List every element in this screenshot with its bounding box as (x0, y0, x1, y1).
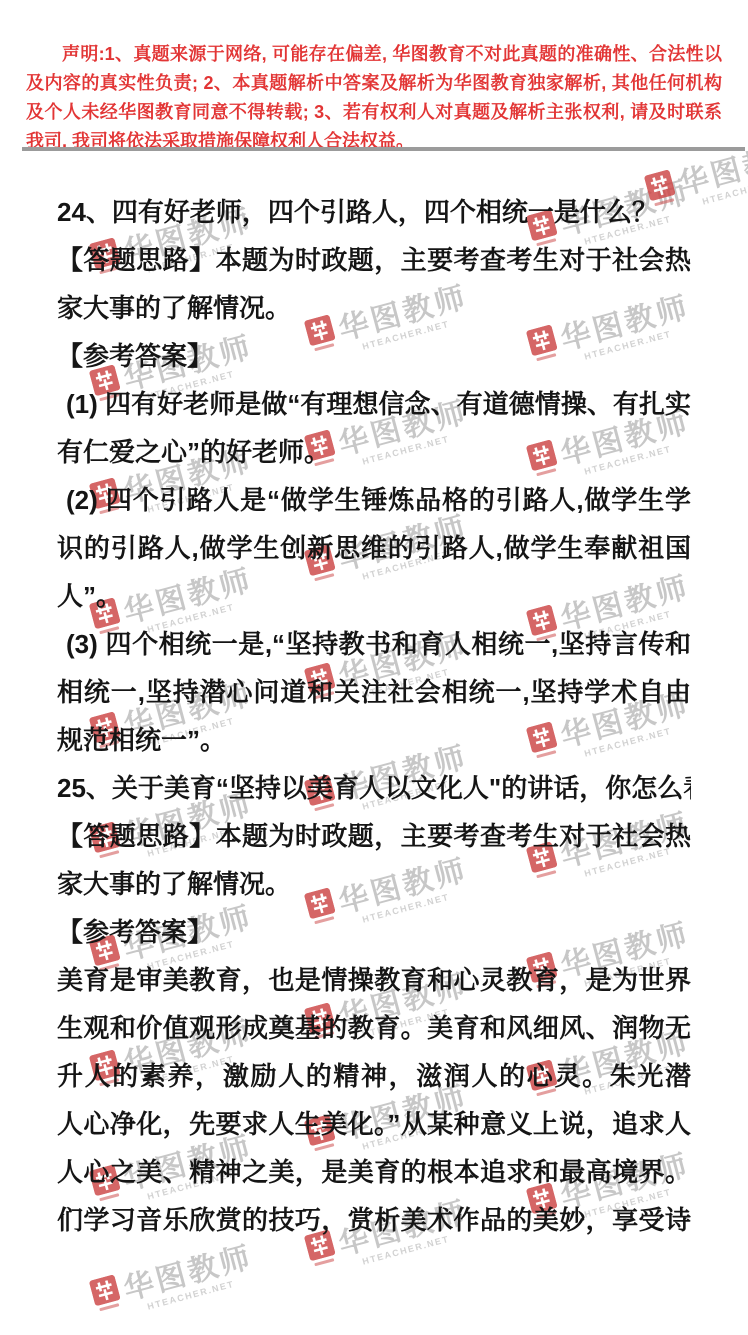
document-body: 24、四有好老师，四个引路人，四个相统一是什么？【答题思路】本题为时政题，主要考… (57, 188, 691, 1244)
q25-answer-header: 【参考答案】 (57, 908, 691, 956)
text-line: 生观和价值观形成奠基的教育。美育和风细风、润物无声，提 (57, 1004, 691, 1052)
watermark-domain-text: HTEACHER.NET (701, 167, 748, 206)
text-line: 升人的素养，激励人的精神，滋润人的心灵。朱光潜说：“要求 (57, 1052, 691, 1100)
text-line: 25、关于美育“坚持以美育人以文化人"的讲话，你怎么看? (57, 764, 691, 812)
text-line: 人”。 (57, 572, 691, 620)
text-line: 规范相统一”。 (57, 716, 691, 764)
watermark-domain-text: HTEACHER.NET (146, 1272, 259, 1311)
copyright-disclaimer: 声明:1、真题来源于网络, 可能存在偏差, 华图教育不对此真题的准确性、合法性以… (26, 40, 722, 156)
text-line: 美育是审美教育，也是情操教育和心灵教育，是为世界观、人 (57, 956, 691, 1004)
text-line: 相统一,坚持潜心问道和关注社会相统一,坚持学术自由和学术 (57, 668, 691, 716)
q24-answer-point-3: (3) 四个相统一是,“坚持教书和育人相统一,坚持言传和身教相统一,坚持潜心问道… (57, 620, 691, 764)
text-line: 【答题思路】本题为时政题，主要考查考生对于社会热点、国 (57, 812, 691, 860)
q24-answer-point-1: (1) 四有好老师是做“有理想信念、有道德情操、有扎实学识、有仁爱之心”的好老师… (57, 380, 691, 476)
horizontal-divider (22, 147, 745, 151)
q24-answer-point-2: (2) 四个引路人是“做学生锤炼品格的引路人,做学生学习知识的引路人,做学生创新… (57, 476, 691, 620)
q25-answer-approach: 【答题思路】本题为时政题，主要考查考生对于社会热点、国家大事的了解情况。 (57, 812, 691, 908)
text-line: 有仁爱之心”的好老师。 (57, 428, 691, 476)
document-page: 华图教师HTEACHER.NET华图教师HTEACHER.NET华图教师HTEA… (0, 0, 748, 1335)
watermark-caption-mark (314, 1258, 334, 1266)
q24-answer-approach: 【答题思路】本题为时政题，主要考查考生对于社会热点、国家大事的了解情况。 (57, 236, 691, 332)
text-line: 【答题思路】本题为时政题，主要考查考生对于社会热点、国 (57, 236, 691, 284)
question-24: 24、四有好老师，四个引路人，四个相统一是什么？ (57, 188, 691, 236)
text-line: (1) 四有好老师是做“有理想信念、有道德情操、有扎实学识、 (57, 380, 691, 428)
text-line: (2) 四个引路人是“做学生锤炼品格的引路人,做学生学习知 (57, 476, 691, 524)
huatu-logo-icon (89, 1274, 122, 1312)
text-line: 24、四有好老师，四个引路人，四个相统一是什么？ (57, 188, 691, 236)
text-line: 人心净化，先要求人生美化。”从某种意义上说，追求人性之美、 (57, 1100, 691, 1148)
q25-answer-body: 美育是审美教育，也是情操教育和心灵教育，是为世界观、人生观和价值观形成奠基的教育… (57, 956, 691, 1244)
question-25: 25、关于美育“坚持以美育人以文化人"的讲话，你怎么看? (57, 764, 691, 812)
huatu-watermark: 华图教师HTEACHER.NET (89, 1239, 259, 1325)
text-line: 识的引路人,做学生创新思维的引路人,做学生奉献祖国的引路 (57, 524, 691, 572)
text-line: 【参考答案】 (57, 332, 691, 380)
text-line: 人心之美、精神之美，是美育的根本追求和最高境界。今天我 (57, 1148, 691, 1196)
watermark-caption-mark (99, 1303, 119, 1311)
text-line: (3) 四个相统一是,“坚持教书和育人相统一,坚持言传和身教 (57, 620, 691, 668)
text-line: 家大事的了解情况。 (57, 284, 691, 332)
q24-answer-header: 【参考答案】 (57, 332, 691, 380)
text-line: 们学习音乐欣赏的技巧，赏析美术作品的美妙，享受诗词的意 (57, 1196, 691, 1244)
text-line: 家大事的了解情况。 (57, 860, 691, 908)
text-line: 【参考答案】 (57, 908, 691, 956)
